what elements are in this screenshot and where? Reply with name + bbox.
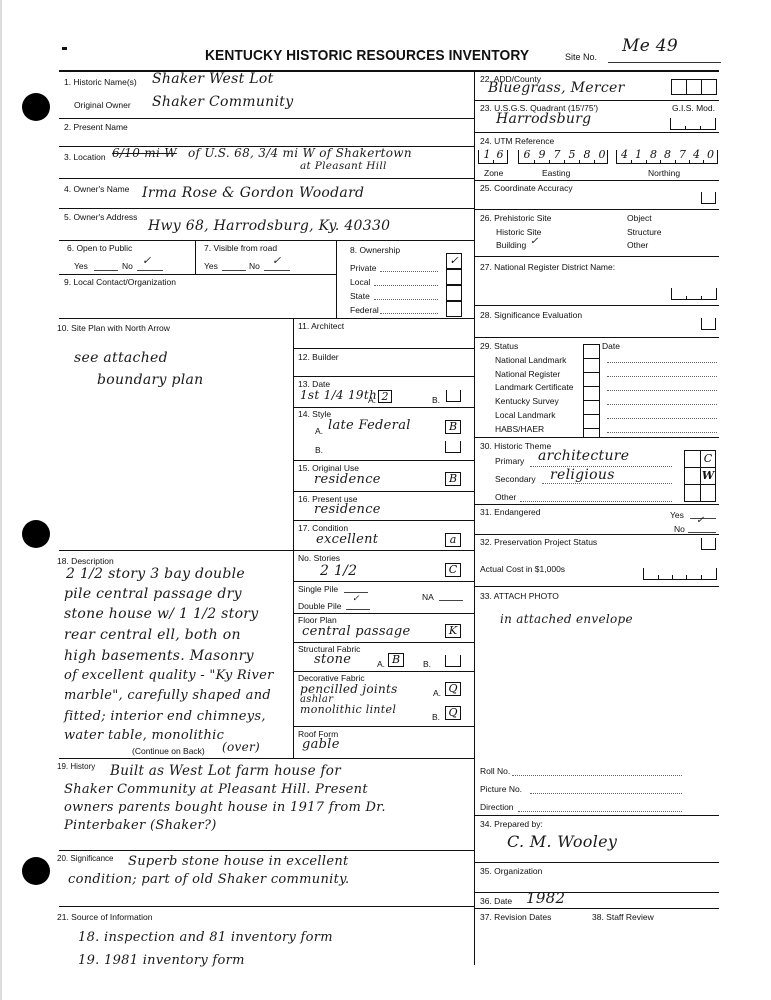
builder-label: 12. Builder xyxy=(298,352,339,362)
coordinate-accuracy-label: 25. Coordinate Accuracy xyxy=(480,183,573,193)
visible-from-road-label: 7. Visible from road xyxy=(204,243,277,253)
status-checkbox[interactable] xyxy=(583,344,600,359)
significance-evaluation-label: 28. Significance Evaluation xyxy=(480,310,582,320)
divider xyxy=(474,862,719,863)
date-line[interactable] xyxy=(607,362,717,363)
grid-line xyxy=(685,467,715,468)
structural-a-code: B xyxy=(389,653,403,667)
description-line: pile central passage dry xyxy=(64,586,242,602)
decorative-a-label: A. xyxy=(433,688,441,698)
divider xyxy=(59,906,474,907)
owners-name-label: 4. Owner's Name xyxy=(64,184,129,194)
divider xyxy=(59,118,474,119)
utm-zone-boxes[interactable]: 1 6 xyxy=(478,150,508,164)
source-line: 19. 1981 inventory form xyxy=(78,953,245,968)
location-label: 3. Location xyxy=(64,152,106,162)
endangered-no-label: No xyxy=(674,524,685,534)
utm-zone-digit: 1 xyxy=(481,148,493,162)
preservation-status-label: 32. Preservation Project Status xyxy=(480,537,597,547)
status-national-register: National Register xyxy=(495,369,560,379)
location-struck-text: 6/10 mi W xyxy=(112,146,177,160)
grid-line xyxy=(685,484,715,485)
description-line: 2 1/2 story 3 bay double xyxy=(66,566,245,582)
utm-northing-digit: 4 xyxy=(618,148,631,162)
other-label: Other xyxy=(627,240,648,250)
utm-easting-boxes[interactable]: 6 9 7 5 8 0 xyxy=(518,150,608,164)
utm-northing-digit: 7 xyxy=(676,148,689,162)
style-a-value[interactable]: late Federal xyxy=(328,418,411,433)
national-register-district-label: 27. National Register District Name: xyxy=(480,262,615,272)
date-a-box[interactable]: 2 xyxy=(378,390,392,403)
structural-fabric-value[interactable]: stone xyxy=(314,652,351,667)
preservation-status-box[interactable] xyxy=(701,538,716,550)
divider xyxy=(293,726,474,727)
significance-line: Superb stone house in excellent xyxy=(128,854,349,869)
status-habs-haer: HABS/HAER xyxy=(495,424,544,434)
add-county-code-boxes[interactable] xyxy=(671,79,717,95)
divider xyxy=(59,240,474,241)
present-use-value[interactable]: residence xyxy=(314,502,381,517)
open-yes-label: Yes xyxy=(74,261,88,271)
form-title: KENTUCKY HISTORIC RESOURCES INVENTORY xyxy=(205,47,529,64)
zone-label: Zone xyxy=(484,168,503,178)
structural-a-box[interactable]: B xyxy=(388,653,404,667)
decorative-b-code: Q xyxy=(446,706,460,720)
add-county-value[interactable]: Bluegrass, Mercer xyxy=(488,80,625,96)
site-plan-value-line2[interactable]: boundary plan xyxy=(97,372,204,388)
divider xyxy=(59,550,474,551)
utm-easting-digit: 8 xyxy=(580,148,594,162)
historic-name-label: 1. Historic Name(s) xyxy=(64,77,137,87)
prep-date-value[interactable]: 1982 xyxy=(526,889,565,907)
description-line: high basements. Masonry xyxy=(64,648,254,664)
open-yes-blank[interactable] xyxy=(94,270,118,271)
divider xyxy=(474,586,719,587)
utm-reference-label: 24. UTM Reference xyxy=(480,136,554,146)
theme-other-label: Other xyxy=(495,492,516,502)
date-line[interactable] xyxy=(607,390,717,391)
punch-hole-middle xyxy=(22,520,50,548)
decorative-a-code: Q xyxy=(446,682,460,696)
box-tick xyxy=(685,126,686,130)
divider xyxy=(474,100,719,101)
theme-secondary-value[interactable]: religious xyxy=(550,467,615,483)
box-tick xyxy=(672,575,673,579)
structural-b-box[interactable] xyxy=(445,655,461,667)
box-divider xyxy=(686,80,687,94)
style-b-box[interactable] xyxy=(445,441,461,453)
easting-label: Easting xyxy=(542,168,570,178)
utm-northing-boxes[interactable]: 4 1 8 8 7 4 0 xyxy=(616,150,718,164)
owners-address-value[interactable]: Hwy 68, Harrodsburg, Ky. 40330 xyxy=(148,218,390,234)
actual-cost-boxes[interactable] xyxy=(643,568,717,580)
quadrant-value[interactable]: Harrodsburg xyxy=(496,111,591,127)
divider xyxy=(293,581,474,582)
divider xyxy=(474,180,719,181)
visible-no-check: ✓ xyxy=(272,254,282,267)
divider xyxy=(474,305,719,306)
na-label: NA xyxy=(422,592,434,602)
direction-line[interactable] xyxy=(518,811,682,812)
box-tick xyxy=(686,575,687,579)
divider xyxy=(474,337,719,338)
single-pile-blank[interactable] xyxy=(344,592,368,593)
utm-zone-digit: 6 xyxy=(494,148,506,162)
floor-plan-box[interactable]: K xyxy=(445,624,461,638)
utm-northing-digit: 8 xyxy=(647,148,660,162)
divider xyxy=(59,178,474,179)
staff-review-label: 38. Staff Review xyxy=(592,912,654,922)
box-tick xyxy=(658,575,659,579)
significance-evaluation-box[interactable] xyxy=(701,318,716,330)
northing-label: Northing xyxy=(648,168,680,178)
status-national-landmark: National Landmark xyxy=(495,355,566,365)
divider xyxy=(474,209,719,210)
description-line: marble", carefully shaped and xyxy=(64,688,271,703)
theme-secondary-label: Secondary xyxy=(495,474,536,484)
site-no-line xyxy=(608,62,721,63)
description-line: water table, monolithic xyxy=(64,728,224,743)
history-label: 19. History xyxy=(57,762,95,771)
roll-no-line[interactable] xyxy=(512,775,682,776)
attach-photo-note[interactable]: in attached envelope xyxy=(500,612,633,626)
date-line[interactable] xyxy=(607,418,717,419)
divider xyxy=(59,850,474,851)
visible-no-label: No xyxy=(249,261,260,271)
description-line: fitted; interior end chimneys, xyxy=(64,709,266,724)
stories-code: C xyxy=(446,563,460,577)
style-label: 14. Style xyxy=(298,409,331,419)
secondary-line xyxy=(542,483,672,484)
coordinate-accuracy-box[interactable] xyxy=(701,192,716,204)
location-value-line2[interactable]: at Pleasant Hill xyxy=(300,160,387,172)
ownership-local-label: Local xyxy=(350,277,370,287)
continue-on-back-label: (Continue on Back) xyxy=(132,746,205,756)
inventory-form-page: KENTUCKY HISTORIC RESOURCES INVENTORY Si… xyxy=(0,0,771,1000)
divider xyxy=(293,491,474,492)
date-a-code: 2 xyxy=(379,390,391,404)
building-check[interactable]: ✓ xyxy=(530,236,539,247)
divider xyxy=(59,274,336,275)
utm-easting-digit: 9 xyxy=(535,148,549,162)
actual-cost-label: Actual Cost in $1,000s xyxy=(480,564,565,574)
original-owner-value[interactable]: Shaker Community xyxy=(152,94,293,110)
divider xyxy=(293,348,474,349)
ownership-private-label: Private xyxy=(350,263,376,273)
visible-no-blank[interactable] xyxy=(264,270,290,271)
divider xyxy=(293,460,474,461)
secondary-theme-code: W xyxy=(701,469,715,483)
divider xyxy=(59,758,474,759)
source-label: 21. Source of Information xyxy=(57,912,152,922)
architect-label: 11. Architect xyxy=(298,321,344,331)
status-label: 29. Status xyxy=(480,341,518,351)
status-checkbox[interactable] xyxy=(583,428,600,437)
roll-no-label: Roll No. xyxy=(480,766,510,776)
revision-dates-label: 37. Revision Dates xyxy=(480,912,551,922)
status-checkbox[interactable] xyxy=(583,358,600,373)
prepared-by-label: 34. Prepared by: xyxy=(480,819,543,829)
inner-divider xyxy=(293,318,294,758)
building-label: Building xyxy=(496,240,526,250)
historic-name-value[interactable]: Shaker West Lot xyxy=(152,71,274,87)
center-divider xyxy=(474,70,475,965)
floor-plan-value[interactable]: central passage xyxy=(302,624,411,639)
single-pile-label: Single Pile xyxy=(298,584,338,594)
gis-mod-label: G.I.S. Mod. xyxy=(672,103,715,113)
ownership-label: 8. Ownership xyxy=(350,245,400,255)
significance-line: condition; part of old Shaker community. xyxy=(68,872,350,887)
status-checkbox[interactable] xyxy=(583,400,600,415)
endangered-no-check: ✓ xyxy=(696,515,705,526)
original-use-value[interactable]: residence xyxy=(314,472,381,487)
punch-hole-bottom xyxy=(22,857,50,885)
history-line: Shaker Community at Pleasant Hill. Prese… xyxy=(64,782,368,797)
decorative-b-box[interactable]: Q xyxy=(445,706,461,720)
history-line: Pinterbaker (Shaker?) xyxy=(64,818,217,833)
condition-code: a xyxy=(446,533,460,547)
stories-value[interactable]: 2 1/2 xyxy=(320,563,357,579)
double-pile-check: ✓ xyxy=(352,594,360,604)
utm-easting-digit: 0 xyxy=(595,148,609,162)
district-code-boxes[interactable] xyxy=(671,288,717,300)
stray-mark xyxy=(62,47,67,50)
theme-code-grid[interactable]: C W xyxy=(684,450,716,502)
description-line: stone house w/ 1 1/2 story xyxy=(64,606,259,622)
endangered-no-blank[interactable] xyxy=(688,532,716,533)
date-b-label: B. xyxy=(432,395,440,405)
site-no-label: Site No. xyxy=(565,52,597,62)
box-tick xyxy=(686,296,687,300)
divider xyxy=(293,407,474,408)
site-plan-label: 10. Site Plan with North Arrow xyxy=(57,323,170,333)
history-line: Built as West Lot farm house for xyxy=(110,763,341,779)
ownership-local-checkbox[interactable] xyxy=(446,269,462,285)
visible-yes-blank[interactable] xyxy=(222,270,246,271)
status-date-label: Date xyxy=(602,341,620,351)
style-a-code: B xyxy=(446,420,460,434)
organization-label: 35. Organization xyxy=(480,866,542,876)
status-kentucky-survey: Kentucky Survey xyxy=(495,396,559,406)
owners-name-value[interactable]: Irma Rose & Gordon Woodard xyxy=(142,185,364,201)
date-line[interactable] xyxy=(607,432,717,433)
divider xyxy=(474,534,719,535)
leader-dots xyxy=(380,313,438,314)
object-label: Object xyxy=(627,213,652,223)
style-a-label: A. xyxy=(315,426,323,436)
divider xyxy=(293,671,474,672)
description-line: of excellent quality - "Ky River xyxy=(64,668,274,683)
stories-box[interactable]: C xyxy=(445,563,461,577)
location-value[interactable]: of U.S. 68, 3/4 mi W of Shakertown xyxy=(188,146,412,160)
divider xyxy=(293,318,474,319)
date-line[interactable] xyxy=(607,404,717,405)
decorative-value-line3[interactable]: monolithic lintel xyxy=(300,703,396,716)
endangered-yes-label: Yes xyxy=(670,510,684,520)
prep-date-label: 36. Date xyxy=(480,896,512,906)
significance-label: 20. Significance xyxy=(57,854,113,863)
status-checkbox[interactable] xyxy=(583,386,600,401)
site-plan-value-line1[interactable]: see attached xyxy=(74,350,168,366)
na-blank[interactable] xyxy=(439,600,463,601)
status-local-landmark: Local Landmark xyxy=(495,410,555,420)
description-label: 18. Description xyxy=(57,556,114,566)
decorative-b-label: B. xyxy=(432,712,440,722)
over-note: (over) xyxy=(222,740,260,754)
utm-easting-digit: 6 xyxy=(520,148,534,162)
ownership-state-label: State xyxy=(350,291,370,301)
box-tick xyxy=(701,575,702,579)
date-line[interactable] xyxy=(607,376,717,377)
date-a-label: A. xyxy=(368,395,376,405)
ownership-federal-label: Federal xyxy=(350,305,379,315)
site-no-value[interactable]: Me 49 xyxy=(622,36,678,56)
date-b-box[interactable] xyxy=(446,390,461,402)
box-tick xyxy=(701,296,702,300)
prepared-by-value[interactable]: C. M. Wooley xyxy=(507,832,617,851)
double-pile-label: Double Pile xyxy=(298,601,341,611)
ownership-private-checkbox[interactable]: ✓ xyxy=(446,253,462,269)
box-divider xyxy=(701,80,702,94)
present-name-label: 2. Present Name xyxy=(64,122,128,132)
structure-label: Structure xyxy=(627,227,662,237)
open-no-label: No xyxy=(122,261,133,271)
status-landmark-certificate: Landmark Certificate xyxy=(495,382,573,392)
divider xyxy=(293,376,474,377)
original-owner-label: Original Owner xyxy=(74,100,131,110)
date-value[interactable]: 1st 1/4 19th C xyxy=(300,388,391,402)
primary-theme-code: C xyxy=(701,452,715,466)
style-b-label: B. xyxy=(315,445,323,455)
ownership-state-checkbox[interactable] xyxy=(446,285,462,301)
leader-dots xyxy=(380,271,438,272)
divider xyxy=(474,908,719,909)
double-pile-blank[interactable] xyxy=(346,609,370,610)
roof-form-value[interactable]: gable xyxy=(302,737,340,752)
divider xyxy=(474,815,719,816)
divider xyxy=(474,892,719,893)
condition-box[interactable]: a xyxy=(445,533,461,547)
utm-easting-digit: 7 xyxy=(550,148,564,162)
check-mark: ✓ xyxy=(447,254,461,268)
divider xyxy=(293,520,474,521)
status-checkbox[interactable] xyxy=(583,372,600,387)
structural-b-label: B. xyxy=(423,659,431,669)
original-use-box[interactable]: B xyxy=(445,472,461,486)
open-no-blank[interactable] xyxy=(137,270,163,271)
leader-dots xyxy=(374,285,438,286)
divider xyxy=(336,240,337,318)
open-no-check: ✓ xyxy=(142,254,152,267)
utm-easting-digit: 5 xyxy=(565,148,579,162)
condition-value[interactable]: excellent xyxy=(316,532,378,547)
divider xyxy=(474,256,719,257)
status-checkbox[interactable] xyxy=(583,414,600,429)
floor-plan-code: K xyxy=(446,624,460,638)
divider xyxy=(474,437,719,438)
theme-primary-label: Primary xyxy=(495,456,524,466)
picture-no-label: Picture No. xyxy=(480,784,522,794)
divider xyxy=(474,504,719,505)
visible-yes-label: Yes xyxy=(204,261,218,271)
structural-a-label: A. xyxy=(377,659,385,669)
endangered-label: 31. Endangered xyxy=(480,507,541,517)
divider xyxy=(59,208,474,209)
other-line[interactable] xyxy=(520,501,672,502)
owners-address-label: 5. Owner's Address xyxy=(64,212,137,222)
utm-northing-digit: 4 xyxy=(690,148,703,162)
attach-photo-label: 33. ATTACH PHOTO xyxy=(480,591,559,601)
description-line: rear central ell, both on xyxy=(64,627,241,643)
punch-hole-top xyxy=(22,93,50,121)
prehistoric-site-label: 26. Prehistoric Site xyxy=(480,213,551,223)
divider xyxy=(195,240,196,274)
leader-dots xyxy=(374,299,438,300)
divider xyxy=(293,613,474,614)
utm-northing-digit: 0 xyxy=(704,148,717,162)
stories-label: No. Stories xyxy=(298,553,340,563)
decorative-a-box[interactable]: Q xyxy=(445,682,461,696)
picture-no-line[interactable] xyxy=(530,793,682,794)
source-line: 18. inspection and 81 inventory form xyxy=(78,930,333,945)
history-line: owners parents bought house in 1917 from… xyxy=(64,800,386,815)
utm-northing-digit: 1 xyxy=(632,148,645,162)
original-use-code: B xyxy=(446,472,460,486)
theme-primary-value[interactable]: architecture xyxy=(538,448,629,464)
style-a-box[interactable]: B xyxy=(445,420,461,434)
divider xyxy=(474,132,719,133)
direction-label: Direction xyxy=(480,802,514,812)
gis-mod-boxes[interactable] xyxy=(670,118,716,130)
local-contact-label: 9. Local Contact/Organization xyxy=(64,277,176,287)
ownership-federal-checkbox[interactable] xyxy=(446,301,462,317)
divider xyxy=(293,642,474,643)
utm-northing-digit: 8 xyxy=(661,148,674,162)
open-to-public-label: 6. Open to Public xyxy=(67,243,132,253)
box-tick xyxy=(700,126,701,130)
